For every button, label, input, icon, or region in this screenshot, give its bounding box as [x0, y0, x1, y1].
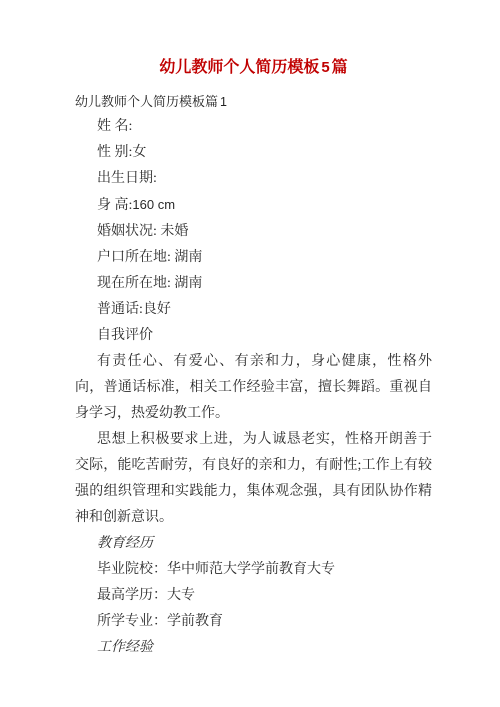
- subtitle-text: 幼儿教师个人简历模板篇: [75, 94, 218, 109]
- info-line-mandarin: 普通话:良好: [75, 297, 432, 323]
- title-text: 幼儿教师个人简历模板: [159, 59, 319, 76]
- education-line-school: 毕业院校：华中师范大学学前教育大专: [75, 557, 432, 583]
- title-suffix: 篇: [332, 59, 348, 76]
- work-experience-heading: 工作经验: [75, 635, 432, 661]
- page: 幼儿教师个人简历模板5篇 幼儿教师个人简历模板篇1 姓 名: 性 别:女 出生日…: [0, 0, 500, 707]
- self-evaluation-heading: 自我评价: [75, 323, 432, 349]
- subtitle-number: 1: [218, 95, 227, 109]
- info-line-marital-status: 婚姻状况: 未婚: [75, 219, 432, 245]
- resume-content: 姓 名: 性 别:女 出生日期: 身 高:160 cm 婚姻状况: 未婚 户口所…: [75, 114, 432, 661]
- height-value: 160 cm: [132, 197, 175, 212]
- title-number: 5: [319, 59, 331, 76]
- info-line-current-location: 现在所在地: 湖南: [75, 271, 432, 297]
- subtitle: 幼儿教师个人简历模板篇1: [75, 93, 432, 111]
- document-title: 幼儿教师个人简历模板5篇: [75, 0, 432, 79]
- education-heading: 教育经历: [75, 531, 432, 557]
- info-line-height: 身 高:160 cm: [75, 192, 432, 219]
- info-line-household-registry: 户口所在地: 湖南: [75, 245, 432, 271]
- info-line-name: 姓 名:: [75, 114, 432, 140]
- info-line-gender: 性 别:女: [75, 140, 432, 166]
- document-page: { "document": { "title": { "text_main": …: [0, 0, 500, 707]
- info-line-birthdate: 出生日期:: [75, 166, 432, 192]
- self-evaluation-paragraph-1: 有责任心、有爱心、有亲和力，身心健康，性格外向，普通话标准，相关工作经验丰富，擅…: [75, 349, 432, 427]
- education-line-major: 所学专业：学前教育: [75, 609, 432, 635]
- education-line-degree: 最高学历：大专: [75, 583, 432, 609]
- self-evaluation-paragraph-2: 思想上积极要求上进，为人诚恳老实，性格开朗善于交际，能吃苦耐劳，有良好的亲和力，…: [75, 427, 432, 531]
- height-label: 身 高:: [97, 198, 132, 213]
